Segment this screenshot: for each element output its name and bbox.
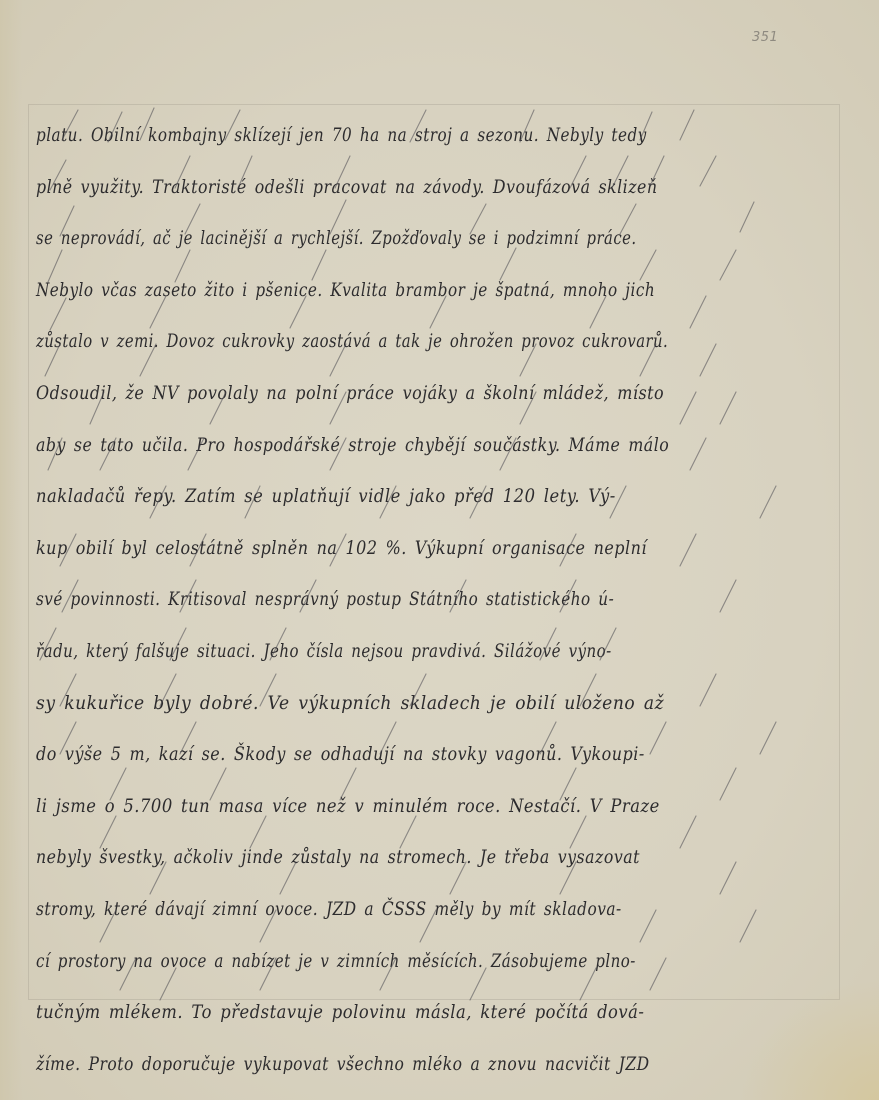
text-line: kup obilí byl celostátně splněn na 102 %…	[36, 521, 836, 573]
text-line: nakladačů řepy. Zatím se uplatňují vidle…	[36, 469, 836, 521]
text-line: Nebylo včas zaseto žito i pšenice. Kvali…	[36, 263, 836, 315]
text-line: tučným mlékem. To představuje polovinu m…	[36, 985, 836, 1037]
text-line: cí prostory na ovoce a nabízet je v zimn…	[36, 934, 836, 986]
text-line: li jsme o 5.700 tun masa více než v minu…	[36, 779, 836, 831]
text-line: platu. Obilní kombajny sklízejí jen 70 h…	[36, 108, 836, 160]
text-line: do výše 5 m, kazí se. Škody se odhadují …	[36, 727, 836, 779]
text-line: sy kukuřice byly dobré. Ve výkupních skl…	[36, 676, 836, 728]
text-line: se neprovádí, ač je lacinější a rychlejš…	[36, 211, 836, 263]
handwritten-text-block: platu. Obilní kombajny sklízejí jen 70 h…	[36, 108, 836, 1088]
text-line: Odsoudil, že NV povolaly na polní práce …	[36, 366, 836, 418]
text-line: nebyly švestky, ačkoliv jinde zůstaly na…	[36, 830, 836, 882]
text-line: plně využity. Traktoristé odešli pracova…	[36, 160, 836, 212]
text-line: stromy, které dávají zimní ovoce. JZD a …	[36, 882, 836, 934]
manuscript-page: 351 platu. Obilní kombajny sklízejí jen …	[0, 0, 879, 1100]
text-line: aby se tato učila. Pro hospodářské stroj…	[36, 418, 836, 470]
text-line: zůstalo v zemi. Dovoz cukrovky zaostává …	[36, 314, 836, 366]
text-line: své povinnosti. Kritisoval nesprávný pos…	[36, 572, 836, 624]
text-line: žíme. Proto doporučuje vykupovat všechno…	[36, 1037, 836, 1089]
page-number: 351	[752, 30, 778, 45]
text-line: řadu, který falšuje situaci. Jeho čísla …	[36, 624, 836, 676]
